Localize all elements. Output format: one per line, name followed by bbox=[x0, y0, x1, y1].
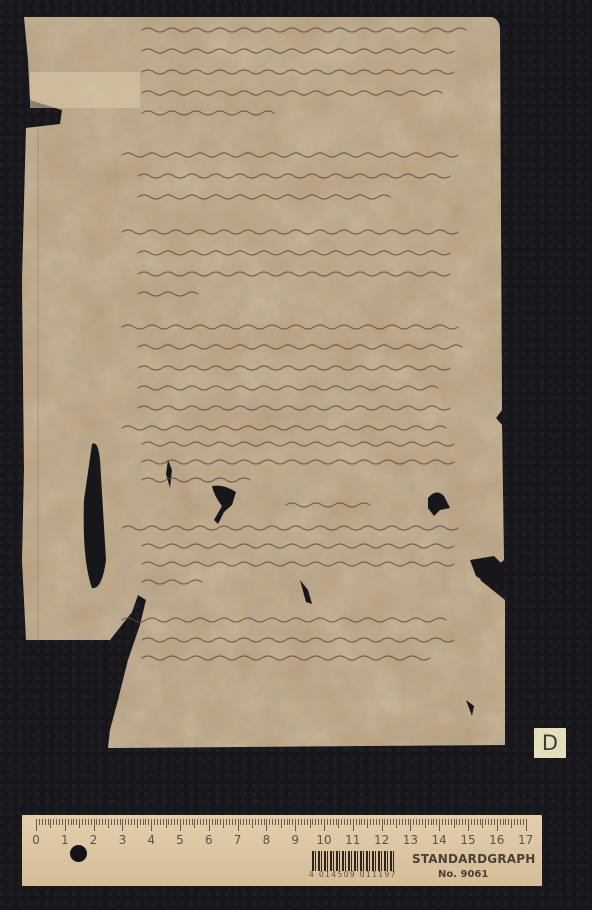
ruler-tick bbox=[468, 819, 469, 831]
ruler-tick bbox=[174, 819, 175, 825]
ruler-tick bbox=[284, 819, 285, 825]
ruler-tick bbox=[171, 819, 172, 825]
ruler-tick bbox=[200, 819, 201, 825]
ruler-tick bbox=[451, 819, 452, 825]
ruler-tick bbox=[292, 819, 293, 825]
ruler-tick bbox=[122, 819, 123, 831]
ruler-tick bbox=[163, 819, 164, 825]
ruler-tick bbox=[212, 819, 213, 825]
ruler-tick bbox=[347, 819, 348, 825]
ruler-number: 16 bbox=[489, 833, 504, 847]
ruler-tick bbox=[422, 819, 423, 825]
ruler-tick bbox=[258, 819, 259, 825]
ruler-tick bbox=[416, 819, 417, 825]
ruler-tick bbox=[91, 819, 92, 825]
ruler-tick bbox=[408, 819, 409, 825]
ruler-tick bbox=[445, 819, 446, 825]
ruler-tick bbox=[56, 819, 57, 825]
ruler-tick bbox=[482, 819, 483, 828]
ruler-tick bbox=[197, 819, 198, 825]
ruler-tick bbox=[88, 819, 89, 825]
ruler-tick bbox=[278, 819, 279, 825]
ruler-tick bbox=[166, 819, 167, 828]
ruler-tick bbox=[353, 819, 354, 831]
ruler-tick bbox=[442, 819, 443, 825]
ruler-tick bbox=[341, 819, 342, 825]
ruler-tick bbox=[220, 819, 221, 825]
ruler-number: 6 bbox=[205, 833, 213, 847]
ruler-tick bbox=[65, 819, 66, 831]
ruler-tick bbox=[266, 819, 267, 831]
ruler-tick bbox=[275, 819, 276, 825]
ruler-tick bbox=[154, 819, 155, 825]
manuscript-page bbox=[0, 0, 592, 760]
ruler-tick bbox=[301, 819, 302, 825]
ruler-tick bbox=[321, 819, 322, 825]
ruler-tick bbox=[148, 819, 149, 825]
ruler-tick bbox=[111, 819, 112, 825]
ruler-number: 10 bbox=[316, 833, 331, 847]
ruler-tick bbox=[298, 819, 299, 825]
ruler-tick bbox=[226, 819, 227, 825]
ruler-tick bbox=[480, 819, 481, 825]
ruler-tick bbox=[53, 819, 54, 825]
ruler-tick bbox=[243, 819, 244, 825]
ruler-tick bbox=[503, 819, 504, 825]
ruler-tick bbox=[399, 819, 400, 825]
ruler-tick bbox=[508, 819, 509, 825]
barcode-number: 4 014509 011197 bbox=[309, 870, 397, 879]
specimen-label-d: D bbox=[534, 728, 566, 758]
ruler-tick bbox=[180, 819, 181, 831]
ruler-tick bbox=[327, 819, 328, 825]
ruler-tick bbox=[491, 819, 492, 825]
ruler-tick bbox=[192, 819, 193, 825]
ruler-tick bbox=[344, 819, 345, 825]
ruler-tick bbox=[39, 819, 40, 825]
ruler-number: 14 bbox=[432, 833, 447, 847]
ruler-tick bbox=[189, 819, 190, 825]
ruler-tick bbox=[235, 819, 236, 825]
ruler-tick bbox=[59, 819, 60, 825]
ruler-tick bbox=[62, 819, 63, 825]
ruler-tick bbox=[511, 819, 512, 828]
ruler-tick bbox=[85, 819, 86, 825]
ruler-tick bbox=[338, 819, 339, 828]
ruler-tick bbox=[315, 819, 316, 825]
ruler-tick bbox=[384, 819, 385, 825]
ruler-tick bbox=[50, 819, 51, 828]
marker-letter: D bbox=[542, 731, 558, 755]
ruler-tick bbox=[240, 819, 241, 825]
ruler-tick bbox=[215, 819, 216, 825]
ruler-tick bbox=[203, 819, 204, 825]
ruler-tick bbox=[456, 819, 457, 825]
ruler-tick bbox=[330, 819, 331, 825]
ruler-tick bbox=[471, 819, 472, 825]
ruler-tick bbox=[114, 819, 115, 825]
ruler-tick bbox=[474, 819, 475, 825]
ruler-tick bbox=[396, 819, 397, 828]
ruler-tick bbox=[488, 819, 489, 825]
ruler-number: 15 bbox=[460, 833, 475, 847]
ruler-tick bbox=[194, 819, 195, 828]
ruler-tick bbox=[94, 819, 95, 831]
ruler-tick bbox=[514, 819, 515, 825]
ruler-tick bbox=[373, 819, 374, 825]
ruler-tick bbox=[462, 819, 463, 825]
ruler-tick bbox=[307, 819, 308, 825]
ruler-number: 3 bbox=[119, 833, 127, 847]
ruler-tick bbox=[494, 819, 495, 825]
ruler-tick bbox=[465, 819, 466, 825]
ruler-tick bbox=[402, 819, 403, 825]
ruler-tick bbox=[361, 819, 362, 825]
ruler-tick bbox=[42, 819, 43, 825]
ruler-tick bbox=[143, 819, 144, 825]
ruler-tick bbox=[500, 819, 501, 825]
ruler-tick bbox=[209, 819, 210, 831]
ruler-tick bbox=[186, 819, 187, 825]
ruler-tick bbox=[82, 819, 83, 825]
ruler-tick bbox=[79, 819, 80, 828]
ruler-number: 11 bbox=[345, 833, 360, 847]
ruler-tick bbox=[310, 819, 311, 828]
ruler-tick bbox=[102, 819, 103, 825]
ruler-tick bbox=[376, 819, 377, 825]
ruler-tick bbox=[96, 819, 97, 825]
ruler-brand: STANDARDGRAPH bbox=[412, 852, 536, 866]
ruler-tick bbox=[76, 819, 77, 825]
ruler-tick bbox=[336, 819, 337, 825]
ruler-tick bbox=[413, 819, 414, 825]
ruler-tick bbox=[324, 819, 325, 831]
ruler-tick bbox=[151, 819, 152, 831]
ruler-tick bbox=[370, 819, 371, 825]
ruler-tick bbox=[350, 819, 351, 825]
ruler-tick bbox=[359, 819, 360, 825]
ruler-tick bbox=[125, 819, 126, 825]
ruler-tick bbox=[367, 819, 368, 828]
ruler-tick bbox=[393, 819, 394, 825]
ruler-tick bbox=[497, 819, 498, 831]
ruler-tick bbox=[439, 819, 440, 831]
ruler-tick bbox=[71, 819, 72, 825]
ruler-tick bbox=[232, 819, 233, 825]
ruler-tick bbox=[431, 819, 432, 825]
ruler-tick bbox=[448, 819, 449, 825]
ruler-tick bbox=[157, 819, 158, 825]
ruler-tick bbox=[269, 819, 270, 825]
ruler-tick bbox=[289, 819, 290, 825]
ruler-tick bbox=[318, 819, 319, 825]
ruler-tick bbox=[246, 819, 247, 825]
ruler-tick bbox=[140, 819, 141, 825]
ruler-tick bbox=[419, 819, 420, 825]
ruler-tick bbox=[160, 819, 161, 825]
ruler-tick bbox=[117, 819, 118, 825]
ruler-tick bbox=[364, 819, 365, 825]
ruler-tick bbox=[177, 819, 178, 825]
ruler-tick bbox=[517, 819, 518, 825]
ruler-tick bbox=[477, 819, 478, 825]
barcode bbox=[312, 851, 395, 871]
ruler-tick bbox=[48, 819, 49, 825]
ruler-tick bbox=[410, 819, 411, 831]
ruler-number: 1 bbox=[61, 833, 69, 847]
ruler-number: 7 bbox=[234, 833, 242, 847]
ruler-tick bbox=[73, 819, 74, 825]
ruler-tick bbox=[387, 819, 388, 825]
ruler-tick bbox=[229, 819, 230, 825]
ruler-tick bbox=[523, 819, 524, 825]
ruler-hanging-hole bbox=[70, 845, 87, 862]
ruler-tick bbox=[433, 819, 434, 825]
ruler-tick bbox=[137, 819, 138, 828]
ruler-tick bbox=[223, 819, 224, 828]
ruler-tick bbox=[249, 819, 250, 825]
ruler-tick bbox=[304, 819, 305, 825]
ruler-tick bbox=[459, 819, 460, 825]
ruler-tick bbox=[520, 819, 521, 825]
ruler-tick bbox=[526, 819, 527, 831]
ruler-tick bbox=[405, 819, 406, 825]
ruler-tick bbox=[505, 819, 506, 825]
ruler-number: 13 bbox=[403, 833, 418, 847]
ruler-tick bbox=[120, 819, 121, 825]
ruler-tick bbox=[105, 819, 106, 825]
ruler-tick bbox=[45, 819, 46, 825]
ruler-tick bbox=[255, 819, 256, 825]
ruler-number: 12 bbox=[374, 833, 389, 847]
ruler-number: 4 bbox=[147, 833, 155, 847]
ruler-tick bbox=[379, 819, 380, 825]
ruler-tick bbox=[312, 819, 313, 825]
ruler-tick bbox=[128, 819, 129, 825]
ruler-tick bbox=[281, 819, 282, 828]
ruler-tick bbox=[168, 819, 169, 825]
ruler-tick bbox=[145, 819, 146, 825]
ruler-tick bbox=[206, 819, 207, 825]
ruler-tick bbox=[428, 819, 429, 825]
scale-ruler: 4 014509 011197 STANDARDGRAPH No. 9061 0… bbox=[22, 815, 542, 886]
ruler-tick bbox=[436, 819, 437, 825]
ruler-tick bbox=[99, 819, 100, 825]
ruler-tick bbox=[134, 819, 135, 825]
ruler-tick bbox=[252, 819, 253, 828]
ruler-tick bbox=[454, 819, 455, 828]
ruler-number: 17 bbox=[518, 833, 533, 847]
ruler-tick bbox=[333, 819, 334, 825]
ruler-tick bbox=[261, 819, 262, 825]
ruler-tick bbox=[485, 819, 486, 825]
ruler-number: 2 bbox=[90, 833, 98, 847]
ruler-number: 5 bbox=[176, 833, 184, 847]
ruler-number: 0 bbox=[32, 833, 40, 847]
ruler-tick bbox=[390, 819, 391, 825]
ruler-tick bbox=[425, 819, 426, 828]
ruler-tick bbox=[295, 819, 296, 831]
ruler-tick bbox=[264, 819, 265, 825]
ruler-tick bbox=[108, 819, 109, 828]
ruler-number: 9 bbox=[291, 833, 299, 847]
ruler-tick bbox=[382, 819, 383, 831]
ruler-tick bbox=[183, 819, 184, 825]
ruler-number: 8 bbox=[263, 833, 271, 847]
ruler-tick bbox=[131, 819, 132, 825]
ruler-tick bbox=[68, 819, 69, 825]
ruler-tick bbox=[217, 819, 218, 825]
ruler-tick bbox=[272, 819, 273, 825]
ruler-tick bbox=[36, 819, 37, 831]
ruler-tick bbox=[238, 819, 239, 831]
ruler-tick bbox=[287, 819, 288, 825]
ruler-tick bbox=[356, 819, 357, 825]
ruler-model: No. 9061 bbox=[438, 869, 488, 880]
